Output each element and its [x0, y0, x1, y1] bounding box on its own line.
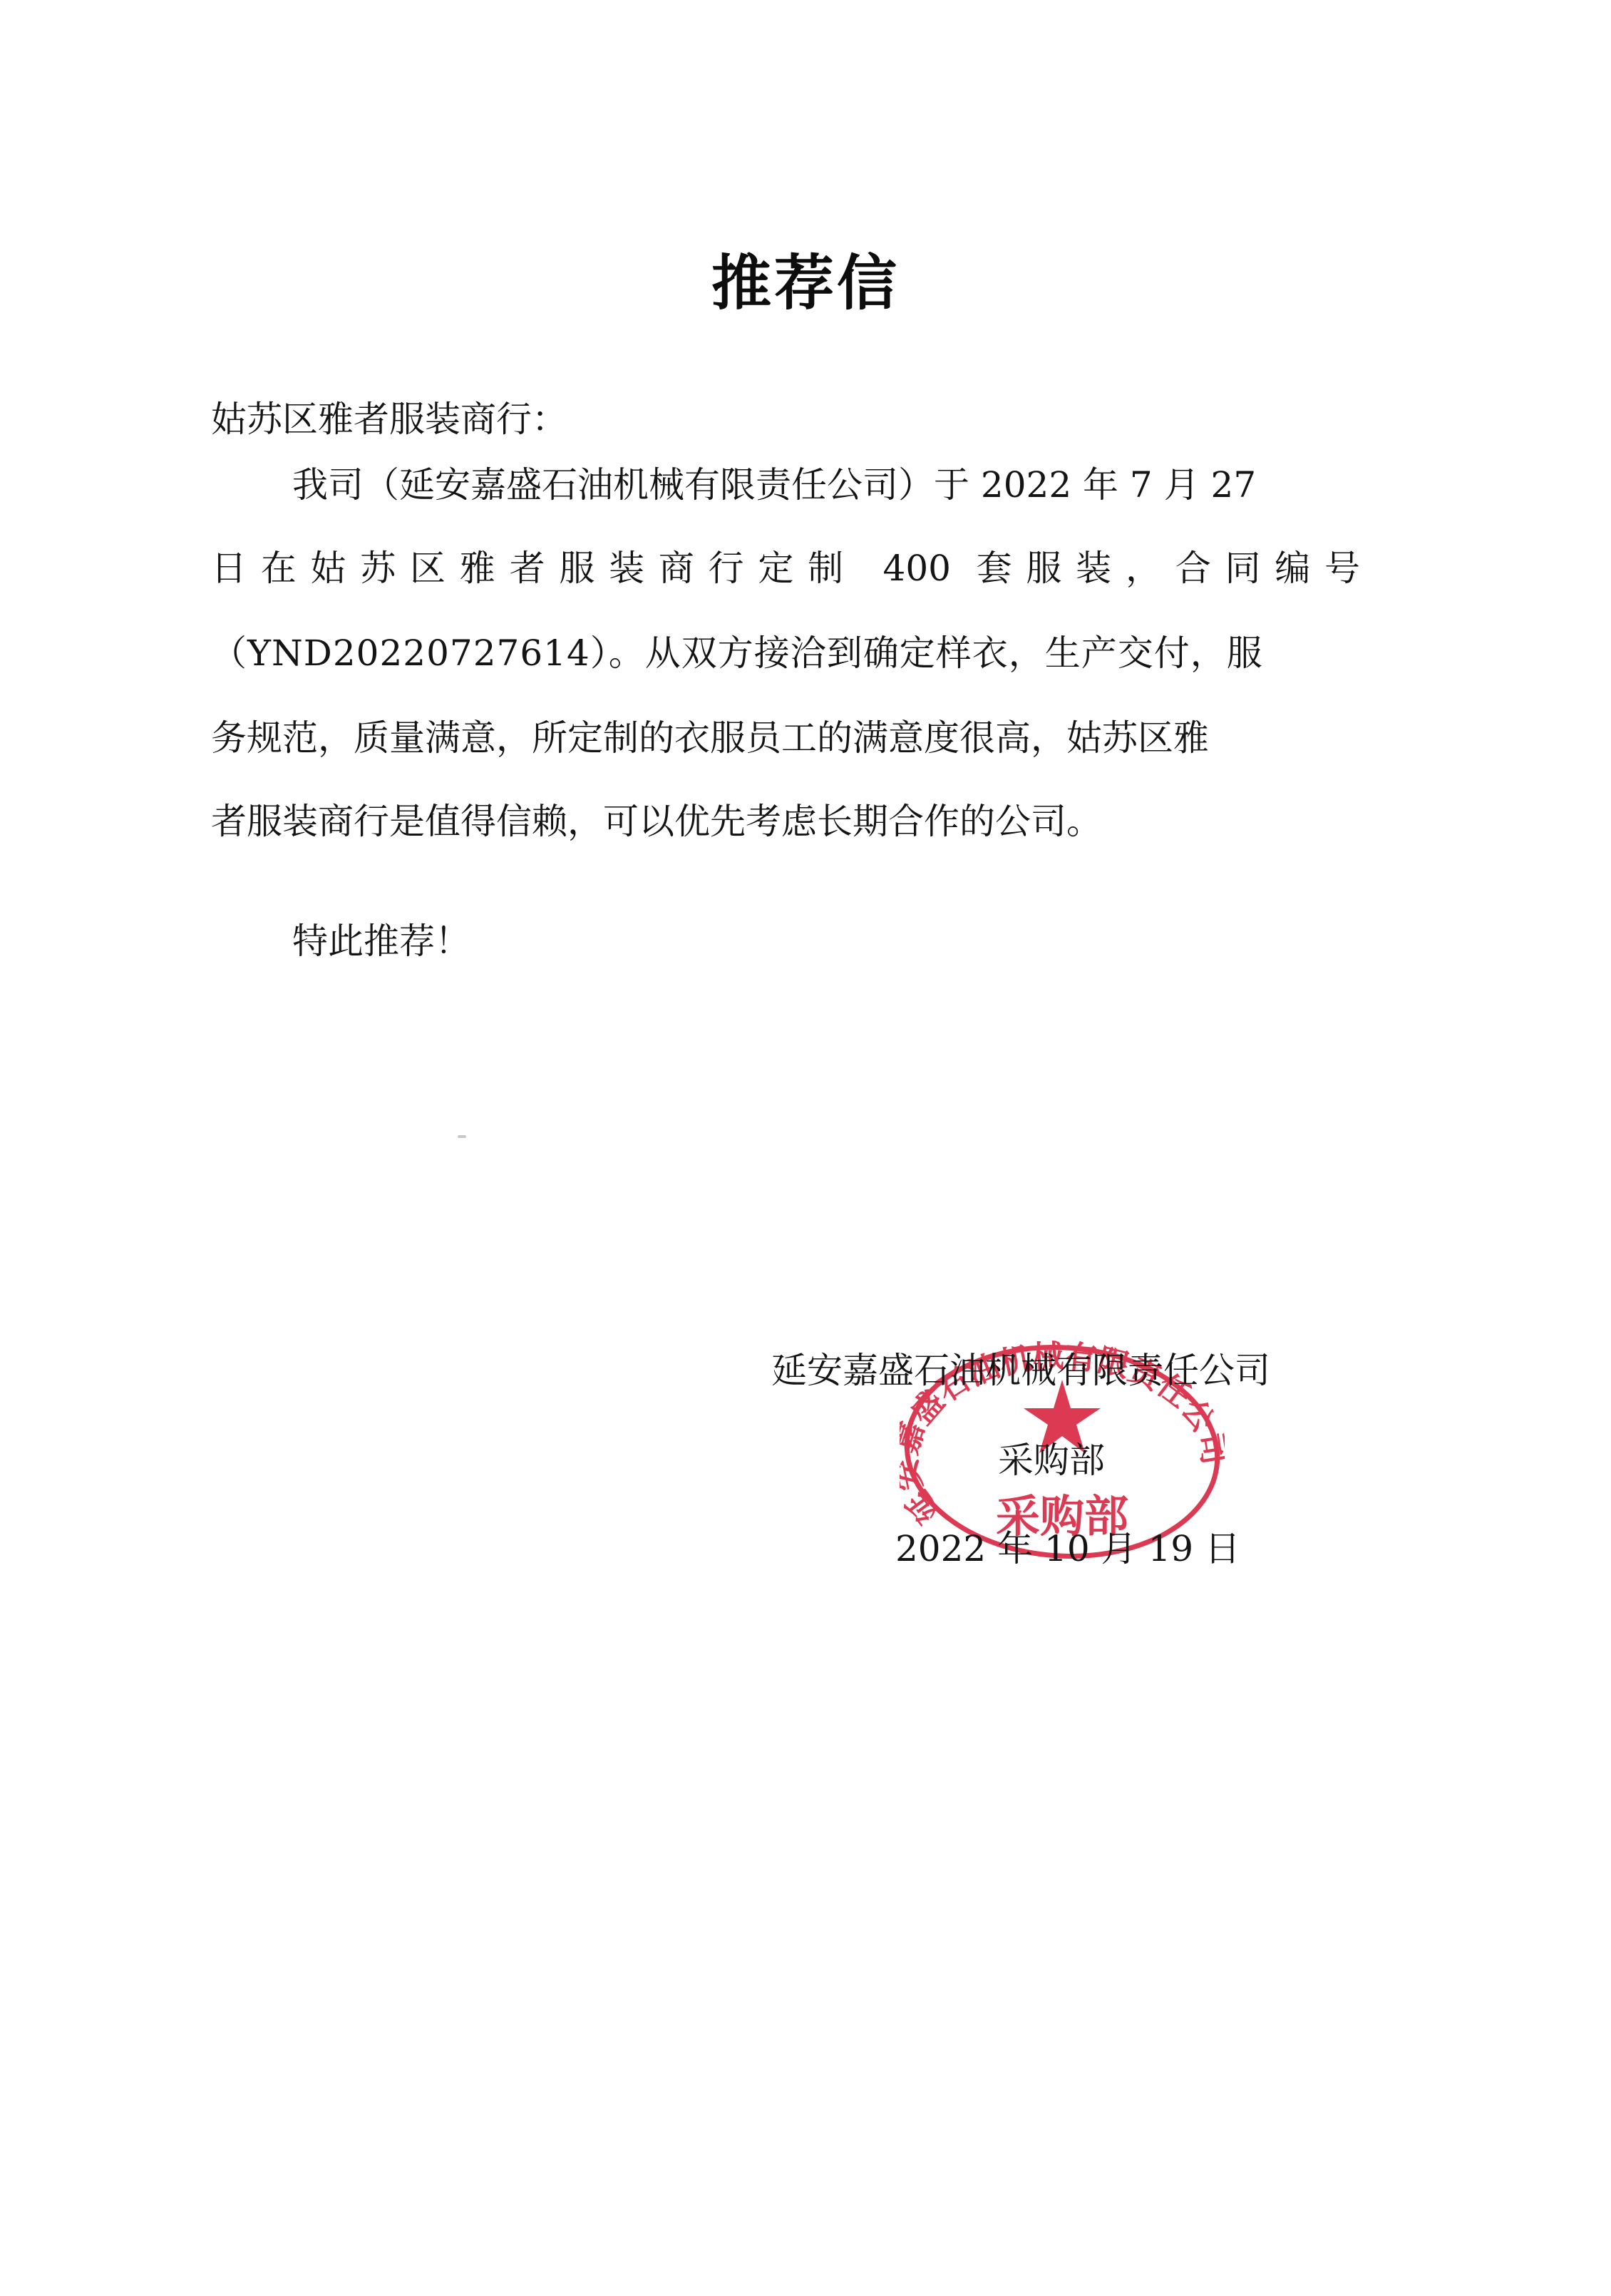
signature-company: 延安嘉盛石油机械有限责任公司 [771, 1342, 1270, 1393]
body-line-4: 务规范，质量满意，所定制的衣服员工的满意度很高，姑苏区雅 [211, 717, 1209, 759]
document-title: 推荐信 [0, 235, 1611, 322]
signature-department: 采购部 [998, 1432, 1105, 1483]
closing-remark: 特此推荐！ [292, 913, 470, 964]
body-line-3: （YND20220727614）。从双方接洽到确定样衣，生产交付，服 [211, 632, 1263, 675]
body-line-1: 我司（延安嘉盛石油机械有限责任公司）于 2022 年 7 月 27 [292, 463, 1256, 506]
body-line-5: 者服装商行是值得信赖，可以优先考虑长期合作的公司。 [211, 800, 1102, 843]
letter-page: 推荐信 姑苏区雅者服装商行： 我司（延安嘉盛石油机械有限责任公司）于 2022 … [0, 0, 1611, 2296]
signature-date: 2022 年 10 月 19 日 [895, 1520, 1240, 1572]
scan-speck [458, 1135, 466, 1138]
body-line-2: 日在姑苏区雅者服装商行定制 400 套服装，合同编号 [211, 547, 1360, 590]
salutation: 姑苏区雅者服装商行： [211, 391, 567, 442]
